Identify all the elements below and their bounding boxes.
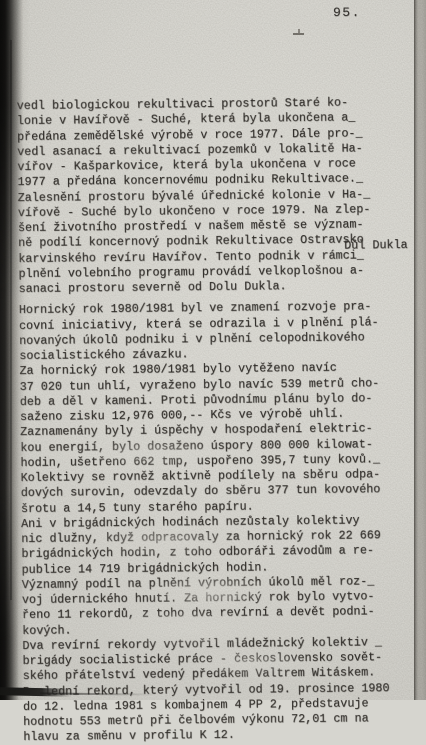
paragraph: Ani v brigádnických hodinách nezůstaly k… (21, 513, 414, 578)
paragraph: Zaznamenány byly i úspěchy v hospodaření… (20, 421, 412, 471)
scanned-document-page: 95. Důl Dukla vedl biologickou rekultiva… (0, 0, 426, 700)
paragraph: Dva revírní rekordy vytvořil mládežnický… (22, 635, 414, 685)
paragraph: Kolektivy se rovněž aktivně podílely na … (21, 467, 413, 517)
gutter-shadow-bottom (0, 490, 22, 700)
paragraph: Významný podíl na plnění výrobních úkolů… (22, 574, 415, 639)
gutter-streak (10, 40, 12, 600)
paragraph: Za hornický rok 1980/1981 bylo vytěženo … (19, 360, 412, 425)
page-fold-strip (414, 0, 426, 700)
text-block: Důl Dukla vedl biologickou rekultivaci p… (16, 34, 415, 700)
paragraph: Hornický rok 1980/1981 byl ve znamení ro… (19, 299, 412, 364)
paragraph: vedl biologickou rekultivaci prostorů St… (17, 95, 411, 297)
margin-note: Důl Dukla (344, 238, 408, 254)
text-line: sanaci prostoru severně od Dolu Dukla. (19, 278, 411, 297)
page-number: 95. (333, 5, 361, 20)
